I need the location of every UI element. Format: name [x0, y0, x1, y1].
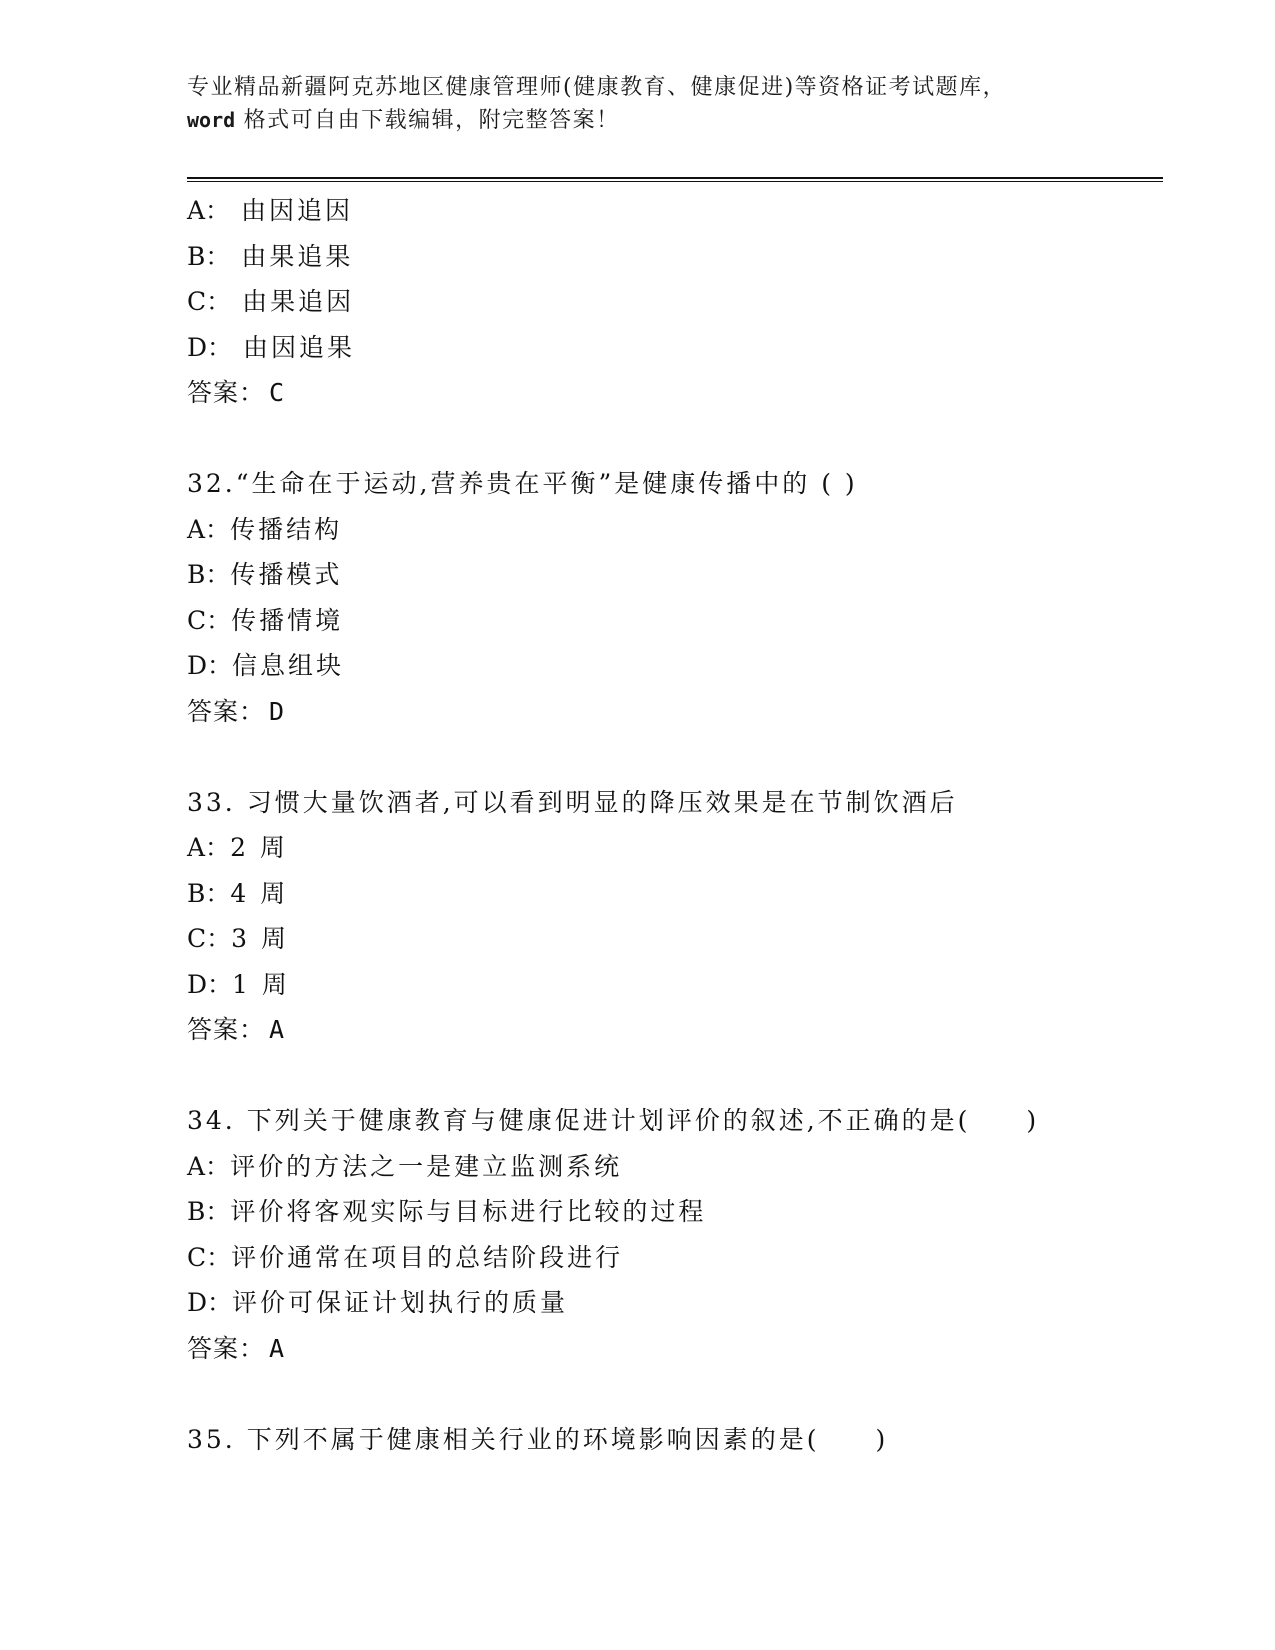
header-double-rule: [187, 177, 1163, 182]
option-b: B：4 周: [187, 871, 1163, 917]
answer-label: 答案：: [187, 1334, 265, 1363]
answer-value: C: [269, 378, 285, 407]
answer-line: 答案：A: [187, 1007, 1163, 1053]
option-b: B：传播模式: [187, 552, 1163, 598]
option-a: A： 由因追因: [187, 188, 1163, 234]
question-33: 33. 习惯大量饮酒者,可以看到明显的降压效果是在节制饮酒后 A：2 周 B：4…: [187, 780, 1163, 1053]
option-d: D：信息组块: [187, 643, 1163, 689]
question-34: 34. 下列关于健康教育与健康促进计划评价的叙述,不正确的是( ) A：评价的方…: [187, 1098, 1163, 1371]
document-header-line-1: 专业精品新疆阿克苏地区健康管理师(健康教育、健康促进)等资格证考试题库，: [187, 72, 1163, 104]
spacer: [187, 416, 1163, 462]
header-word-prefix: word: [187, 108, 235, 132]
answer-value: A: [269, 1015, 285, 1044]
option-d: D：评价可保证计划执行的质量: [187, 1280, 1163, 1326]
option-c: C：传播情境: [187, 598, 1163, 644]
option-a: A：评价的方法之一是建立监测系统: [187, 1144, 1163, 1190]
question-35: 35. 下列不属于健康相关行业的环境影响因素的是( ): [187, 1417, 1163, 1463]
option-d: D：1 周: [187, 962, 1163, 1008]
header-line-2-text: 格式可自由下载编辑，附完整答案！: [235, 108, 620, 133]
option-d: D： 由因追果: [187, 325, 1163, 371]
answer-value: D: [269, 697, 285, 726]
question-stem: 35. 下列不属于健康相关行业的环境影响因素的是( ): [187, 1417, 1163, 1463]
answer-line: 答案：A: [187, 1326, 1163, 1372]
option-b: B： 由果追果: [187, 234, 1163, 280]
answer-line: 答案：D: [187, 689, 1163, 735]
question-stem: 33. 习惯大量饮酒者,可以看到明显的降压效果是在节制饮酒后: [187, 780, 1163, 826]
option-a: A：2 周: [187, 825, 1163, 871]
question-stem: 32.“生命在于运动,营养贵在平衡”是健康传播中的 ( ): [187, 461, 1163, 507]
answer-label: 答案：: [187, 1015, 265, 1044]
option-b: B：评价将客观实际与目标进行比较的过程: [187, 1189, 1163, 1235]
question-31: A： 由因追因 B： 由果追果 C： 由果追因 D： 由因追果 答案：C: [187, 188, 1163, 416]
option-c: C：评价通常在项目的总结阶段进行: [187, 1235, 1163, 1281]
question-list: A： 由因追因 B： 由果追果 C： 由果追因 D： 由因追果 答案：C 32.…: [187, 188, 1163, 1462]
question-stem: 34. 下列关于健康教育与健康促进计划评价的叙述,不正确的是( ): [187, 1098, 1163, 1144]
answer-line: 答案：C: [187, 370, 1163, 416]
spacer: [187, 734, 1163, 780]
document-header-line-2: word 格式可自由下载编辑，附完整答案！: [187, 104, 1163, 137]
option-a: A：传播结构: [187, 507, 1163, 553]
answer-label: 答案：: [187, 697, 265, 726]
option-c: C：3 周: [187, 916, 1163, 962]
spacer: [187, 1371, 1163, 1417]
answer-label: 答案：: [187, 378, 265, 407]
document-page: 专业精品新疆阿克苏地区健康管理师(健康教育、健康促进)等资格证考试题库， wor…: [187, 72, 1163, 1462]
option-c: C： 由果追因: [187, 279, 1163, 325]
answer-value: A: [269, 1334, 285, 1363]
question-32: 32.“生命在于运动,营养贵在平衡”是健康传播中的 ( ) A：传播结构 B：传…: [187, 461, 1163, 734]
spacer: [187, 1053, 1163, 1099]
